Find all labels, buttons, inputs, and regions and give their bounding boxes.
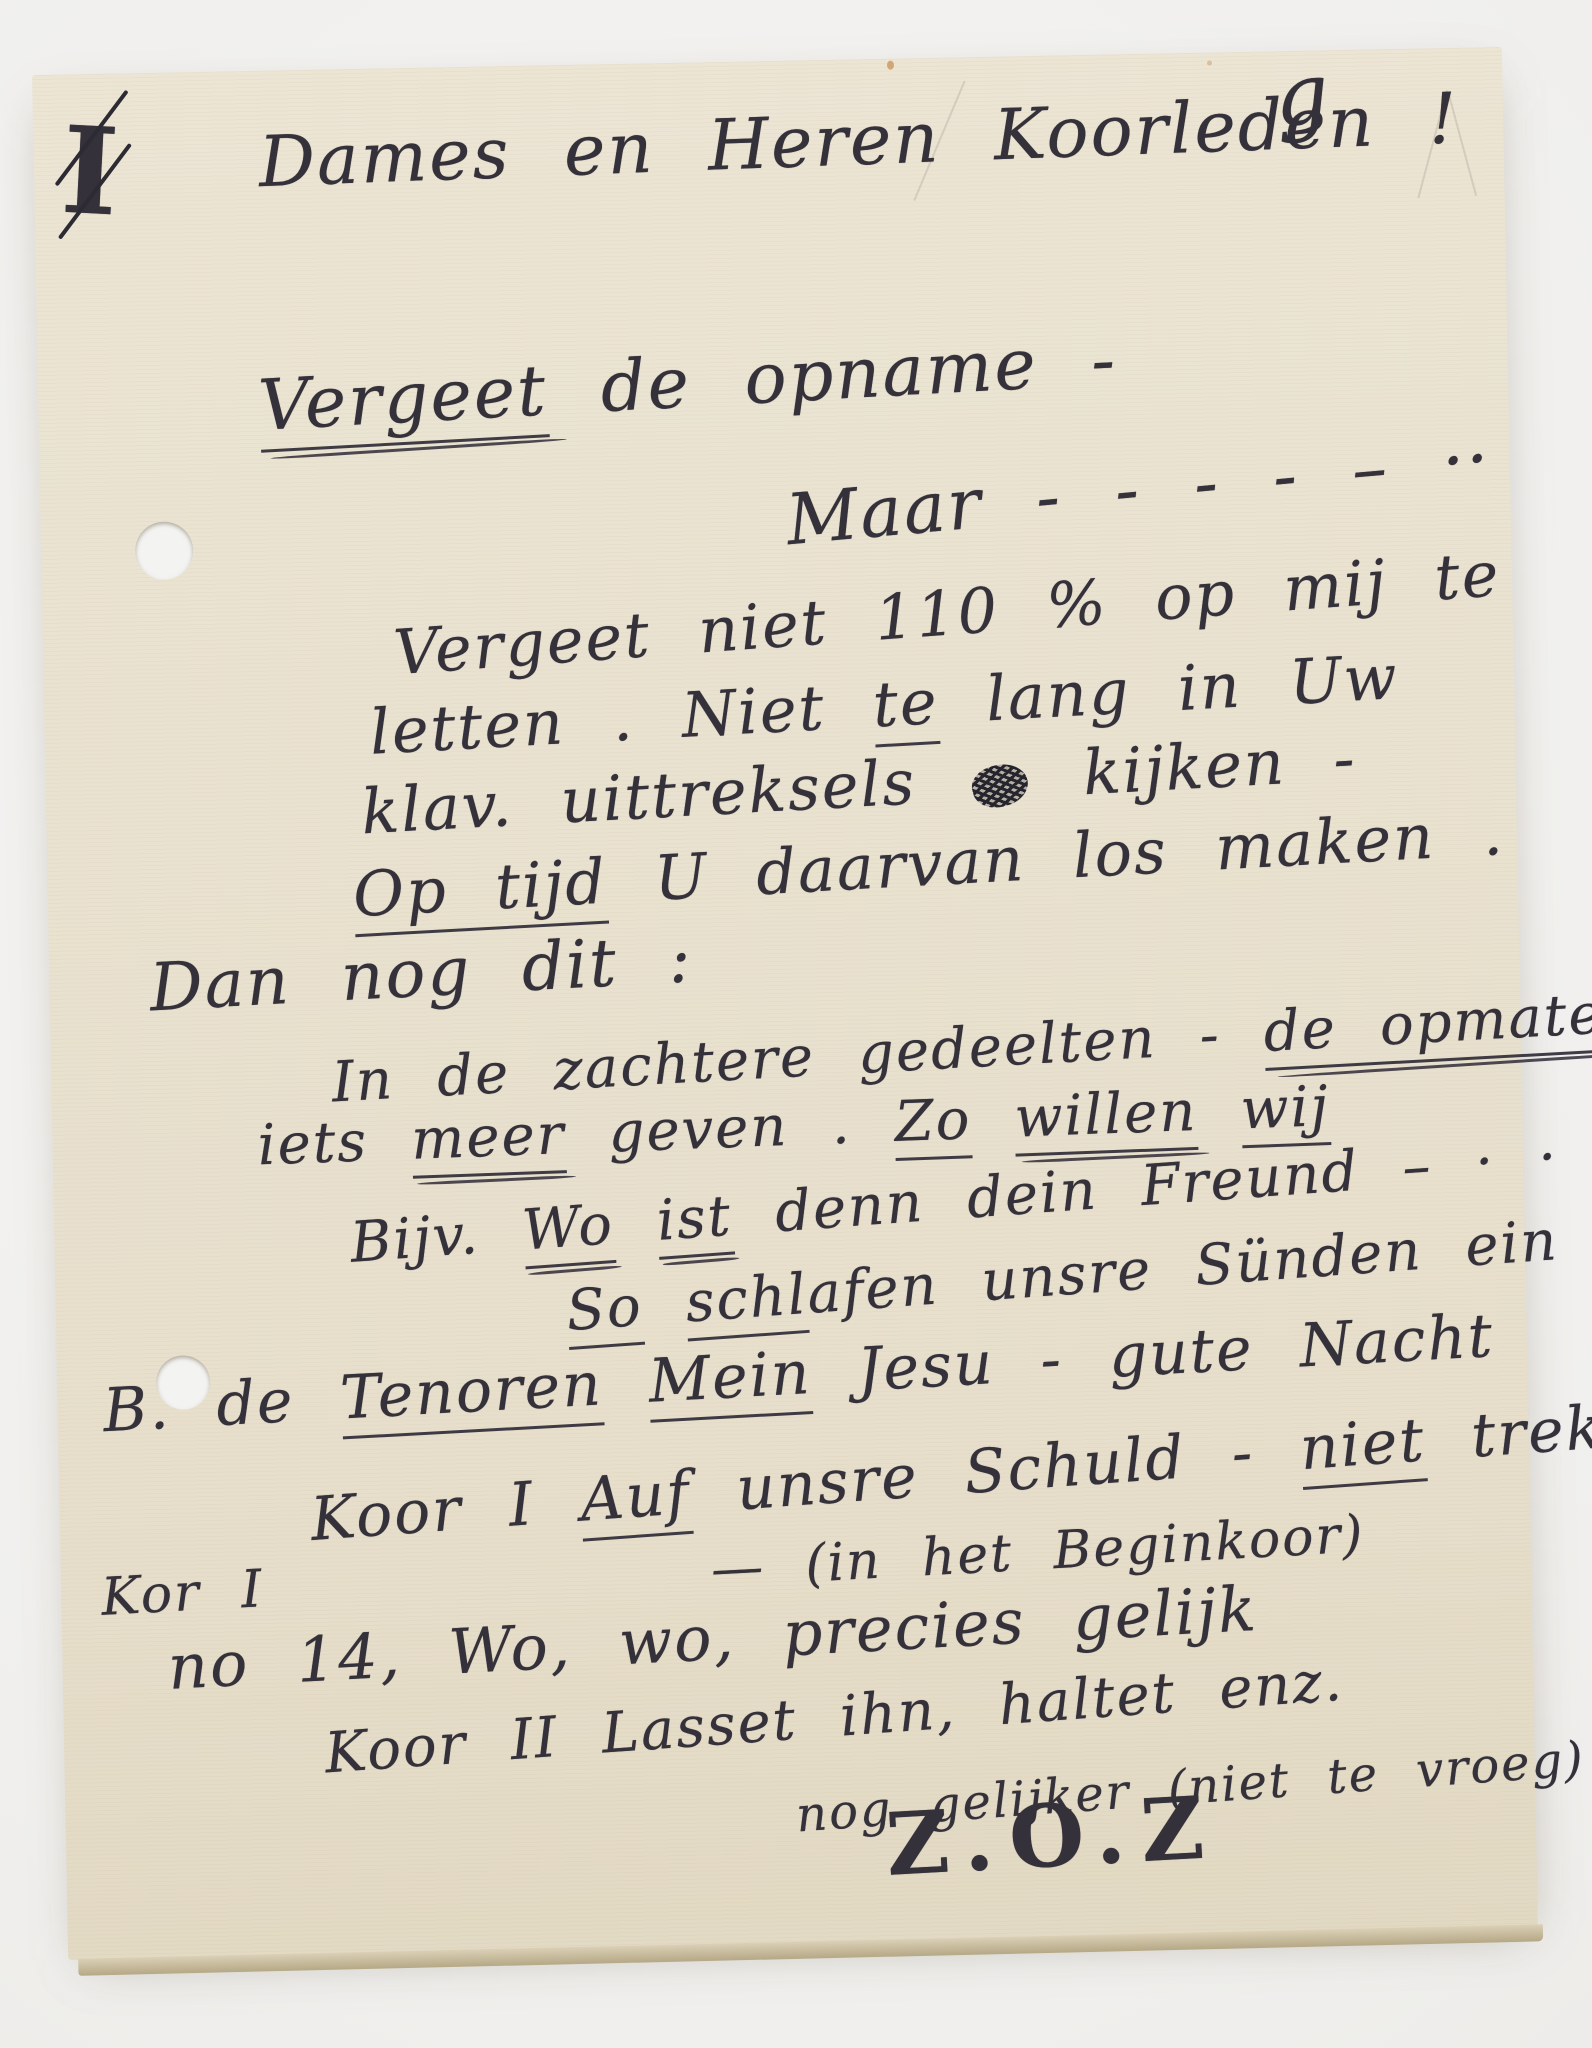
line-kor-1-seg-0: Kor I [100, 1559, 266, 1628]
foxing-speck-1 [887, 61, 894, 70]
line-maar: Maar - - - - – ·· [783, 423, 1493, 556]
line-iets-meer-seg-1: meer [410, 1102, 567, 1179]
line-op-tijd-seg-0: Op tijd [351, 845, 609, 938]
line-tenoren-seg-3: Mein [647, 1338, 814, 1423]
line-zachtere-seg-1: de opmaten [1262, 980, 1592, 1071]
line-letten-seg-1: te [871, 665, 941, 747]
line-vergeet-opname-seg-1: de opname - [545, 318, 1119, 431]
line-bijv-seg-2 [611, 1189, 659, 1257]
line-dan-nog-seg-0: Dan nog dit : [148, 920, 695, 1026]
photograph-background: IDames en Heren Koorleden !gVergeet de o… [0, 0, 1592, 2048]
line-bijv-seg-3: ist [655, 1184, 735, 1260]
line-iets-meer-seg-3: Zo [893, 1087, 972, 1161]
note-card: IDames en Heren Koorleden !gVergeet de o… [32, 47, 1538, 1960]
line-koor-1-seg-4: trekken [1423, 1384, 1592, 1475]
line-zoz: Z.O.Z [884, 1785, 1222, 1889]
line-iets-meer-seg-2: geven . [564, 1090, 896, 1167]
line-klav-seg-2: kijken - [1033, 722, 1358, 812]
page-marker-numeral: I [59, 111, 121, 234]
line-tenoren-seg-2 [601, 1347, 651, 1419]
ink-scribble [967, 758, 1032, 813]
foxing-speck-2 [1207, 61, 1212, 66]
line-zoz-seg-0: Z.O.Z [884, 1777, 1223, 1896]
line-tenoren-seg-0: B. de [101, 1364, 342, 1447]
flourish-g: g [1271, 50, 1334, 139]
page-marker-i: I [59, 111, 121, 234]
line-koor-1-seg-3: niet [1298, 1405, 1429, 1490]
line-kor-1: Kor I [100, 1563, 265, 1624]
punch-hole-top [135, 521, 194, 580]
line-iets-meer-seg-5: willen [1013, 1079, 1198, 1157]
line-bijv-seg-0: Bijv. [348, 1199, 525, 1276]
line-koor-1-seg-0: Koor I [308, 1466, 583, 1555]
line-koor-1-seg-2: unsre Schuld - [688, 1414, 1303, 1528]
line-so-schlafen-seg-1 [640, 1271, 688, 1339]
line-iets-meer-seg-7: wij [1239, 1074, 1331, 1148]
line-maar-seg-0: Maar - - - - – ·· [783, 417, 1494, 561]
line-iets-meer-seg-0: iets [257, 1108, 413, 1179]
line-iets-meer-seg-6 [1196, 1077, 1242, 1144]
line-bijv-seg-1: Wo [520, 1192, 616, 1269]
line-vergeet-opname: Vergeet de opname - [257, 324, 1119, 440]
line-tenoren-seg-1: Tenoren [339, 1349, 605, 1439]
line-dan-nog: Dan nog dit : [148, 926, 694, 1021]
line-koor-1-seg-1: Auf [578, 1458, 693, 1542]
line-so-schlafen-seg-0: So [564, 1274, 645, 1350]
line-so-schlafen-seg-2: schl [683, 1262, 810, 1342]
line-iets-meer-seg-4 [970, 1086, 1016, 1153]
flourish-glyph: g [1270, 43, 1334, 146]
line-vergeet-opname-seg-0: Vergeet [256, 349, 549, 452]
